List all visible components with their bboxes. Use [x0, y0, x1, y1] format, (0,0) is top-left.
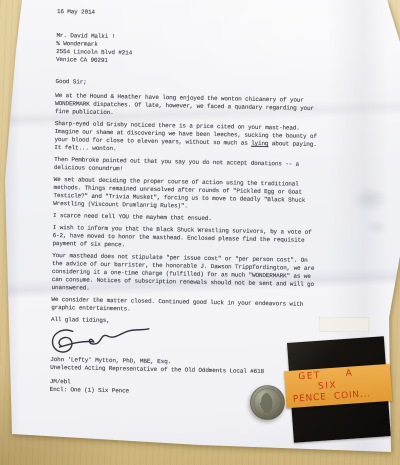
letter-paragraph: Sharp-eyed old Grisby noticed there is a…: [54, 120, 355, 158]
sixpence-coin: [250, 385, 285, 420]
ink-bleed-through-mark: [352, 186, 388, 212]
salutation: Good Sir;: [56, 78, 356, 92]
letter-date: 16 May 2014: [57, 8, 357, 22]
letter-paragraph: Then Pembroke pointed out that you say y…: [54, 156, 354, 178]
letter-paragraph: Your masthead does not stipulate "per is…: [52, 252, 353, 298]
handwritten-signature-lefty: [44, 326, 160, 358]
letter-paragraph: We at the Hound & Heather have long enjo…: [55, 92, 355, 122]
sticky-note-line: PENCE COIN...: [293, 389, 372, 404]
black-pad: GET A SIX PENCE COIN...: [287, 336, 391, 443]
letter-body: We at the Hound & Heather have long enjo…: [51, 92, 355, 318]
sticky-note-line: GET A: [298, 368, 354, 382]
photographed-letter-scene: 16 May 2014 Mr. David Malki !% Wondermar…: [0, 0, 400, 465]
letter-paragraph: We set about deciding the proper course …: [53, 176, 354, 214]
text-line: I scarce need tell YOU the mayhem that e…: [53, 212, 353, 226]
ink-bleed-through-mark: [366, 220, 388, 234]
letter-paragraph: I scarce need tell YOU the mayhem that e…: [53, 212, 353, 226]
sticky-note: GET A SIX PENCE COIN...: [284, 364, 392, 408]
letter-paragraph: We consider the matter closed. Continued…: [51, 296, 351, 318]
letter-paragraph: I wish to inform you that the Black Shuc…: [52, 224, 352, 254]
sticky-note-line: SIX: [318, 381, 338, 392]
recipient-address-block: Mr. David Malki !% Wondermark2554 Lincol…: [56, 32, 357, 70]
